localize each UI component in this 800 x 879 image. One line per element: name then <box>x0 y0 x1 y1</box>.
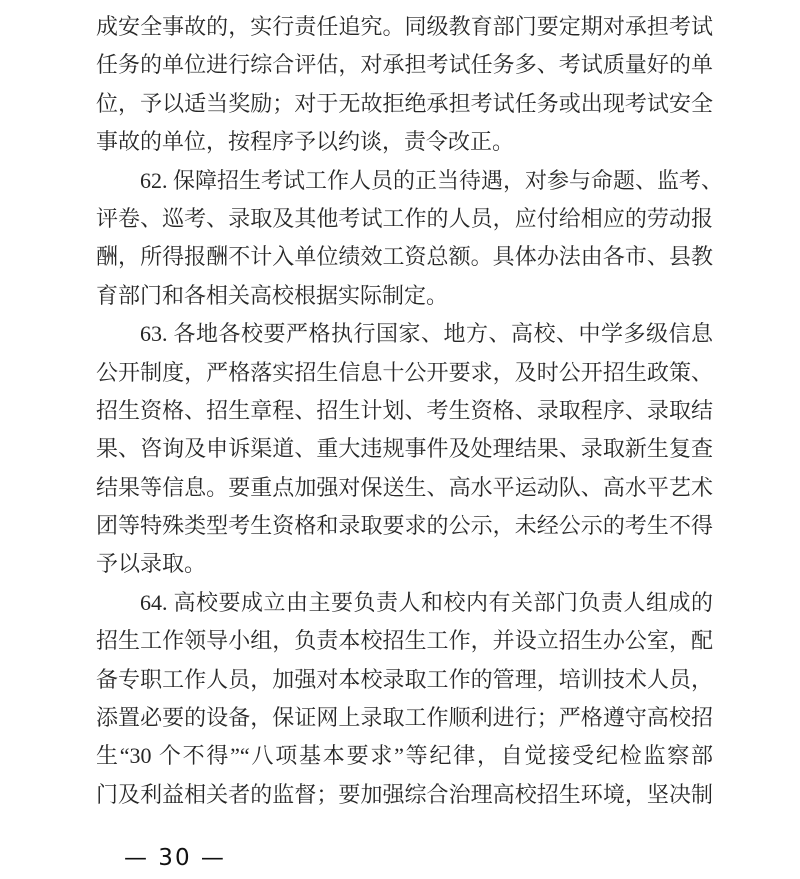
text-line: 酬，所得报酬不计入单位绩效工资总额。具体办法由各市、县教 <box>96 238 713 276</box>
text-line: 生“30 个不得”“八项基本要求”等纪律，自觉接受纪检监察部 <box>96 737 713 775</box>
text-line: 结果等信息。要重点加强对保送生、高水平运动队、高水平艺术 <box>96 469 713 507</box>
text-line: 64. 高校要成立由主要负责人和校内有关部门负责人组成的 <box>96 584 713 622</box>
text-line: 公开制度，严格落实招生信息十公开要求，及时公开招生政策、 <box>96 354 713 392</box>
text-line: 添置必要的设备，保证网上录取工作顺利进行；严格遵守高校招 <box>96 699 713 737</box>
text-line: 招生工作领导小组，负责本校招生工作，并设立招生办公室，配 <box>96 622 713 660</box>
page-number: — 30 — <box>124 845 226 871</box>
document-page: 成安全事故的，实行责任追究。同级教育部门要定期对承担考试任务的单位进行综合评估，… <box>0 0 800 879</box>
text-line: 门及利益相关者的监督；要加强综合治理高校招生环境，坚决制 <box>96 776 713 814</box>
text-line: 招生资格、招生章程、招生计划、考生资格、录取程序、录取结 <box>96 392 713 430</box>
text-line: 位，予以适当奖励；对于无故拒绝承担考试任务或出现考试安全 <box>96 85 713 123</box>
text-line: 团等特殊类型考生资格和录取要求的公示，未经公示的考生不得 <box>96 507 713 545</box>
text-line: 63. 各地各校要严格执行国家、地方、高校、中学多级信息 <box>96 315 713 353</box>
text-line: 62. 保障招生考试工作人员的正当待遇，对参与命题、监考、 <box>96 162 713 200</box>
text-line: 事故的单位，按程序予以约谈，责令改正。 <box>96 123 713 161</box>
text-line: 予以录取。 <box>96 545 713 583</box>
page-number-label: — 30 — <box>124 845 226 871</box>
text-line: 育部门和各相关高校根据实际制定。 <box>96 277 713 315</box>
text-line: 任务的单位进行综合评估，对承担考试任务多、考试质量好的单 <box>96 46 713 84</box>
document-body: 成安全事故的，实行责任追究。同级教育部门要定期对承担考试任务的单位进行综合评估，… <box>96 8 713 814</box>
text-line: 评卷、巡考、录取及其他考试工作的人员，应付给相应的劳动报 <box>96 200 713 238</box>
text-line: 成安全事故的，实行责任追究。同级教育部门要定期对承担考试 <box>96 8 713 46</box>
text-line: 果、咨询及申诉渠道、重大违规事件及处理结果、录取新生复查 <box>96 430 713 468</box>
text-line: 备专职工作人员，加强对本校录取工作的管理，培训技术人员， <box>96 661 713 699</box>
